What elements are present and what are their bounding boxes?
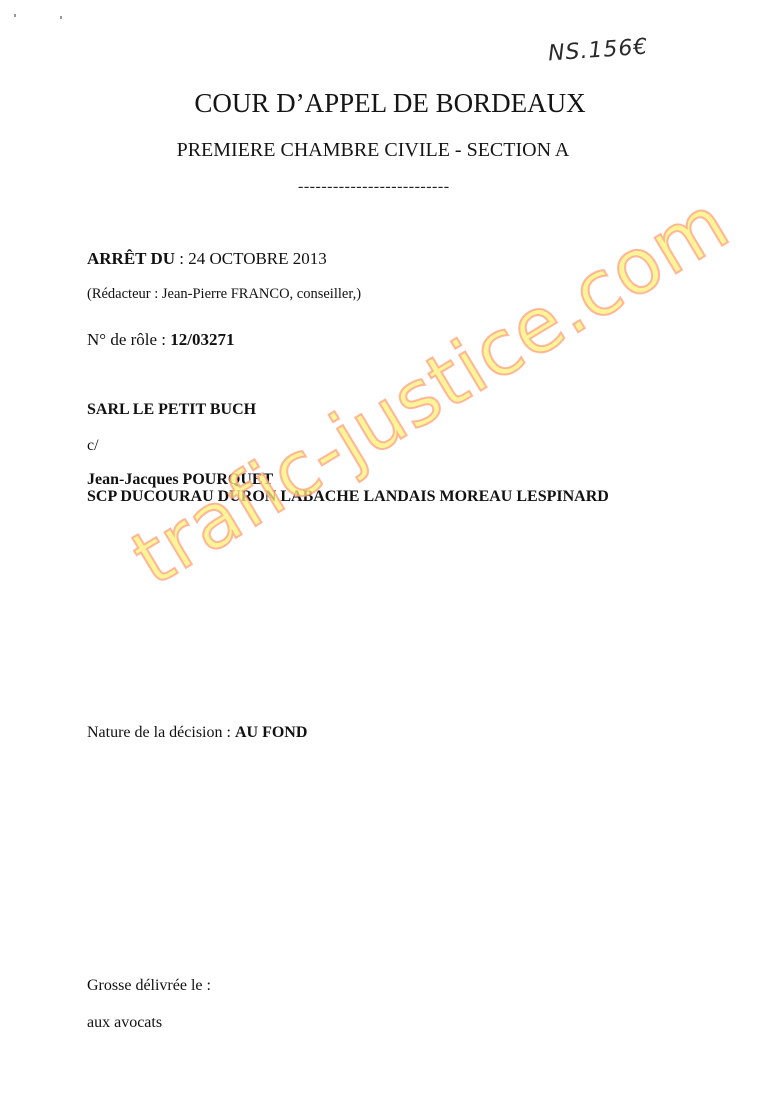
versus-marker: c/ — [87, 437, 99, 455]
handwritten-reference: NS.156€ — [547, 35, 649, 67]
court-title: COUR D’APPEL DE BORDEAUX — [0, 88, 780, 119]
scan-speck — [60, 16, 62, 19]
decision-nature-line: Nature de la décision : AU FOND — [87, 724, 307, 742]
appellant-party: SARL LE PETIT BUCH — [87, 401, 256, 419]
watermark: trafic-justice.com — [117, 177, 744, 602]
scan-speck — [14, 14, 16, 17]
divider: -------------------------- — [298, 178, 450, 196]
grosse-delivery-line: Grosse délivrée le : — [87, 977, 211, 995]
nature-value: AU FOND — [235, 724, 307, 741]
chamber-title: PREMIERE CHAMBRE CIVILE - SECTION A — [0, 139, 746, 162]
arret-label: ARRÊT DU — [87, 249, 175, 268]
redacteur-line: (Rédacteur : Jean-Pierre FRANCO, conseil… — [87, 286, 361, 303]
nature-label: Nature de la décision : — [87, 724, 235, 741]
role-number: 12/03271 — [170, 330, 234, 349]
arret-separator: : — [175, 249, 188, 268]
respondent-party: Jean-Jacques POURQUET — [87, 471, 609, 488]
respondent-parties: Jean-Jacques POURQUET SCP DUCOURAU DURON… — [87, 471, 609, 505]
arret-date: 24 OCTOBRE 2013 — [188, 249, 327, 268]
role-number-line: N° de rôle : 12/03271 — [87, 330, 235, 350]
respondent-party: SCP DUCOURAU DURON LABACHE LANDAIS MOREA… — [87, 488, 609, 505]
arret-date-line: ARRÊT DU : 24 OCTOBRE 2013 — [87, 249, 327, 269]
role-label: N° de rôle : — [87, 330, 170, 349]
avocats-line: aux avocats — [87, 1014, 162, 1032]
